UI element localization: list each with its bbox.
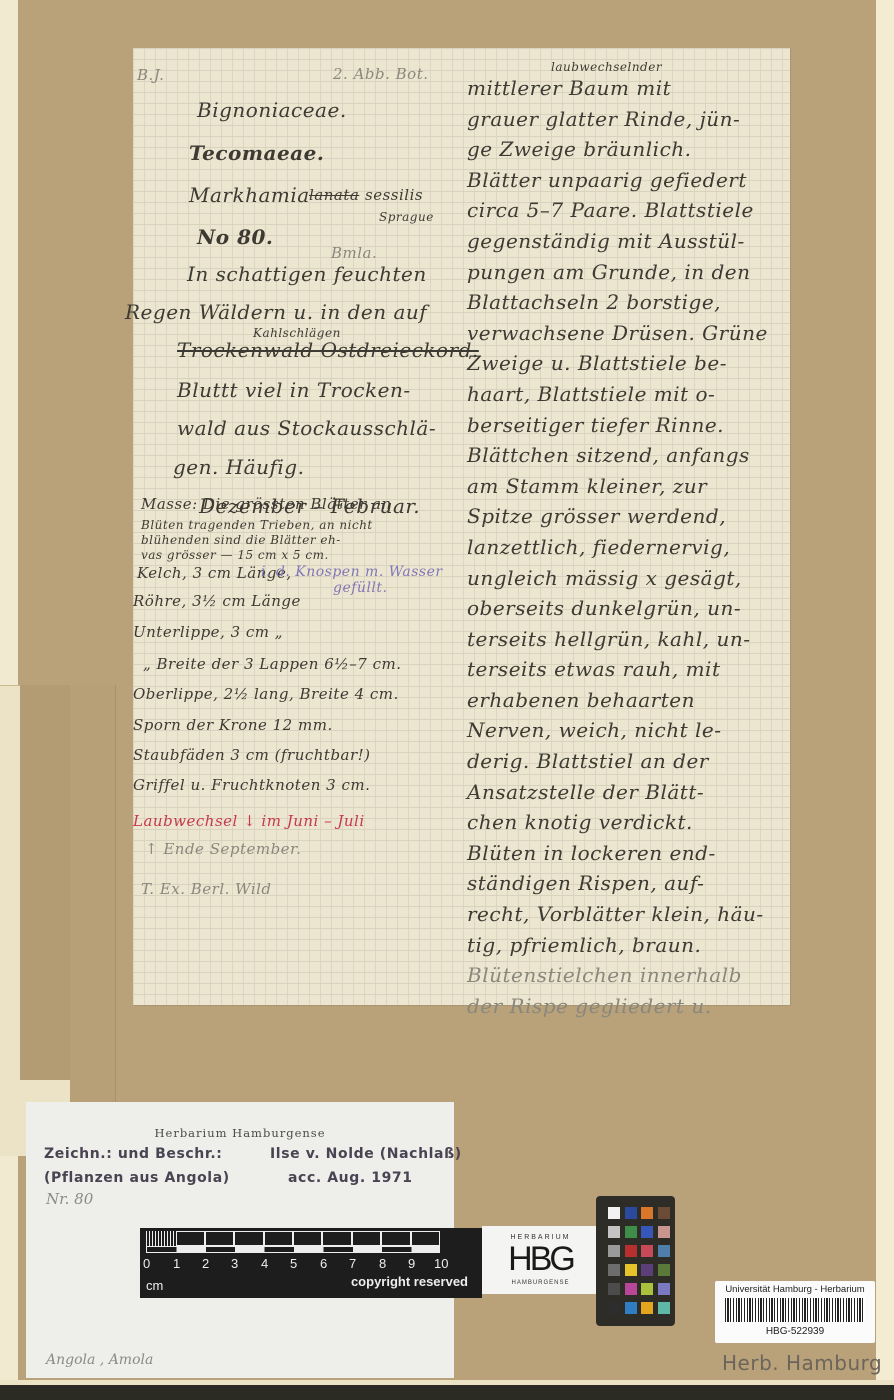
scale-bar: 0 1 2 3 4 5 6 7 8 9 10 cm copyright rese… xyxy=(140,1228,482,1298)
description-line: verwachsene Drüsen. Grüne xyxy=(467,321,787,352)
measure-line: Masse: Die grössten Blätter an xyxy=(141,495,392,513)
genus-name: Markhamia xyxy=(189,183,310,207)
description-line: Spitze grösser werdend, xyxy=(467,504,787,535)
scale-segment xyxy=(322,1231,352,1246)
habitat-line: Trockenwald Ostdreieckord. xyxy=(177,338,479,362)
description-line: ständigen Rispen, auf- xyxy=(467,871,787,902)
measure-line: vas grösser — 15 cm x 5 cm. xyxy=(141,548,329,562)
family-name: Bignoniaceae. xyxy=(197,98,347,122)
measure-line: Sporn der Krone 12 mm. xyxy=(133,716,333,734)
species-author: Sprague xyxy=(379,210,434,224)
scale-tick-label: 9 xyxy=(408,1256,415,1271)
scale-segment xyxy=(205,1231,234,1246)
scale-tick-label: 8 xyxy=(379,1256,386,1271)
scale-tick-label: 4 xyxy=(261,1256,268,1271)
description-line: mittlerer Baum mit xyxy=(467,76,787,107)
label-handwritten-number: Nr. 80 xyxy=(46,1190,93,1208)
measure-line: Röhre, 3½ cm Länge xyxy=(133,592,301,610)
color-swatch xyxy=(641,1283,653,1295)
description-line: Blüten in lockeren end- xyxy=(467,841,787,872)
color-swatch xyxy=(608,1302,620,1314)
description-line: Blattachseln 2 borstige, xyxy=(467,290,787,321)
label-locality: Angola , Amola xyxy=(46,1352,153,1368)
description-line: der Rispe gegliedert u. xyxy=(467,994,787,1025)
description-line: terseits etwas rauh, mit xyxy=(467,657,787,688)
habitat-line: Bluttt viel in Trocken- xyxy=(177,378,411,402)
color-swatch xyxy=(658,1264,670,1276)
measure-line: Unterlippe, 3 cm „ xyxy=(133,623,283,641)
description-line: Zweige u. Blattstiele be- xyxy=(467,351,787,382)
scale-tick-label: 0 xyxy=(143,1256,150,1271)
scale-segment xyxy=(264,1231,293,1246)
scan-background xyxy=(0,1385,894,1400)
scale-segment xyxy=(234,1231,264,1246)
mm-ticks xyxy=(146,1231,176,1246)
corner-mark: B.J. xyxy=(137,66,164,84)
paper-strip xyxy=(20,685,71,1080)
description-line: Ansatzstelle der Blätt- xyxy=(467,780,787,811)
color-swatch xyxy=(608,1283,620,1295)
barcode-id: HBG-522939 xyxy=(715,1326,875,1337)
description-line: Nerven, weich, nicht le- xyxy=(467,718,787,749)
handwritten-note-page: B.J. 2. Abb. Bot. laubwechselnder Bignon… xyxy=(133,48,790,1005)
scale-segment xyxy=(381,1231,411,1246)
label-collector: Ilse v. Nolde (Nachlaß) xyxy=(270,1146,462,1162)
description-line: berseitiger tiefer Rinne. xyxy=(467,413,787,444)
description-line: Blättchen sitzend, anfangs xyxy=(467,443,787,474)
tribe-name: Tecomaeae. xyxy=(189,141,324,165)
pencil-reference: T. Ex. Berl. Wild xyxy=(141,880,272,898)
scale-tick-label: 2 xyxy=(202,1256,209,1271)
habitat-line: wald aus Stockausschlä- xyxy=(177,416,436,440)
description-line: ge Zweige bräunlich. xyxy=(467,137,787,168)
specimen-number: No 80. xyxy=(197,225,273,249)
scale-tick-label: 1 xyxy=(173,1256,180,1271)
description-line: am Stamm kleiner, zur xyxy=(467,474,787,505)
copyright-text: copyright reserved xyxy=(351,1274,468,1289)
description-line: pungen am Grunde, in den xyxy=(467,260,787,291)
scale-segment xyxy=(411,1231,440,1246)
measure-line: Blüten tragenden Trieben, an nicht xyxy=(141,518,373,532)
barcode-title: Universität Hamburg - Herbarium xyxy=(715,1284,875,1295)
description-line: terseits hellgrün, kahl, un- xyxy=(467,627,787,658)
color-swatch xyxy=(641,1207,653,1219)
leaf-change-note: Laubwechsel ↓ im Juni – Juli xyxy=(133,812,365,830)
color-swatch xyxy=(625,1226,637,1238)
measure-line: Staubfäden 3 cm (fruchtbar!) xyxy=(133,746,371,764)
habitat-line: Regen Wäldern u. in den auf xyxy=(125,300,427,324)
measure-line: „ Breite der 3 Lappen 6½–7 cm. xyxy=(143,655,402,673)
scale-unit: cm xyxy=(146,1278,163,1293)
insert-annotation: laubwechselnder xyxy=(551,60,662,74)
color-swatch xyxy=(658,1302,670,1314)
color-swatch xyxy=(625,1207,637,1219)
description-line: derig. Blattstiel an der xyxy=(467,749,787,780)
label-origin: (Pflanzen aus Angola) xyxy=(44,1170,230,1186)
color-swatch xyxy=(625,1245,637,1257)
logo-mark: HBG xyxy=(482,1240,599,1278)
scale-tick-label: 10 xyxy=(434,1256,448,1271)
species-epithet: sessilis xyxy=(365,186,423,204)
description-line: oberseits dunkelgrün, un- xyxy=(467,596,787,627)
scale-tick-label: 3 xyxy=(231,1256,238,1271)
color-swatch xyxy=(608,1226,620,1238)
habitat-line: gen. Häufig. xyxy=(173,455,304,479)
herbarium-stamp: Herb. Hamburg xyxy=(722,1351,882,1375)
color-swatch xyxy=(608,1245,620,1257)
scale-segment xyxy=(176,1231,205,1246)
color-swatch xyxy=(658,1207,670,1219)
description-line: tig, pfriemlich, braun. xyxy=(467,933,787,964)
scale-tick-label: 6 xyxy=(320,1256,327,1271)
description-line: ungleich mässig x gesägt, xyxy=(467,566,787,597)
description-line: recht, Vorblätter klein, häu- xyxy=(467,902,787,933)
color-swatch xyxy=(658,1283,670,1295)
color-swatch xyxy=(608,1264,620,1276)
color-swatch xyxy=(625,1264,637,1276)
description-line: lanzettlich, fiedernervig, xyxy=(467,535,787,566)
violet-annotation: i. d. Knospen m. Wasser xyxy=(261,564,443,580)
color-swatch xyxy=(625,1302,637,1314)
plate-reference: 2. Abb. Bot. xyxy=(333,65,429,83)
barcode-icon xyxy=(725,1298,865,1322)
description-line: haart, Blattstiele mit o- xyxy=(467,382,787,413)
measure-line: blühenden sind die Blätter eh- xyxy=(141,533,341,547)
label-title: Herbarium Hamburgense xyxy=(26,1126,454,1140)
scale-segment xyxy=(352,1231,381,1246)
description-line: chen knotig verdickt. xyxy=(467,810,787,841)
habitat-line: In schattigen feuchten xyxy=(187,262,427,286)
description-line: gegenständig mit Ausstül- xyxy=(467,229,787,260)
struck-epithet: lanata xyxy=(309,186,359,204)
scale-tick-label: 5 xyxy=(290,1256,297,1271)
color-swatch xyxy=(641,1226,653,1238)
description-line: erhabenen behaarten xyxy=(467,688,787,719)
label-drawings: Zeichn.: und Beschr.: xyxy=(44,1146,223,1162)
logo-bottom-text: HAMBURGENSE xyxy=(482,1280,599,1286)
color-swatch xyxy=(641,1245,653,1257)
habitat-insert: Bmla. xyxy=(331,244,377,262)
color-swatch xyxy=(641,1264,653,1276)
color-swatch xyxy=(658,1245,670,1257)
color-swatch xyxy=(658,1226,670,1238)
pencil-note: ↑ Ende September. xyxy=(145,840,301,858)
color-calibration-card xyxy=(596,1196,675,1326)
scale-segment xyxy=(293,1231,322,1246)
measure-line: Oberlippe, 2½ lang, Breite 4 cm. xyxy=(133,685,399,703)
description-line: circa 5–7 Paare. Blattstiele xyxy=(467,198,787,229)
description-line: Blätter unpaarig gefiedert xyxy=(467,168,787,199)
color-swatch xyxy=(625,1283,637,1295)
color-swatch xyxy=(608,1207,620,1219)
barcode-label: Universität Hamburg - Herbarium HBG-5229… xyxy=(715,1281,875,1343)
color-swatch xyxy=(641,1302,653,1314)
scale-tick-label: 7 xyxy=(349,1256,356,1271)
description-line: Blütenstielchen innerhalb xyxy=(467,963,787,994)
measure-line: Griffel u. Fruchtknoten 3 cm. xyxy=(133,776,370,794)
violet-annotation: gefüllt. xyxy=(333,580,387,596)
description-line: grauer glatter Rinde, jün- xyxy=(467,107,787,138)
hbg-logo: HERBARIUM HBG HAMBURGENSE xyxy=(482,1226,599,1294)
label-accession: acc. Aug. 1971 xyxy=(288,1170,413,1186)
scale-lower-band xyxy=(146,1246,440,1253)
description-column: mittlerer Baum mit grauer glatter Rinde,… xyxy=(467,76,787,1024)
